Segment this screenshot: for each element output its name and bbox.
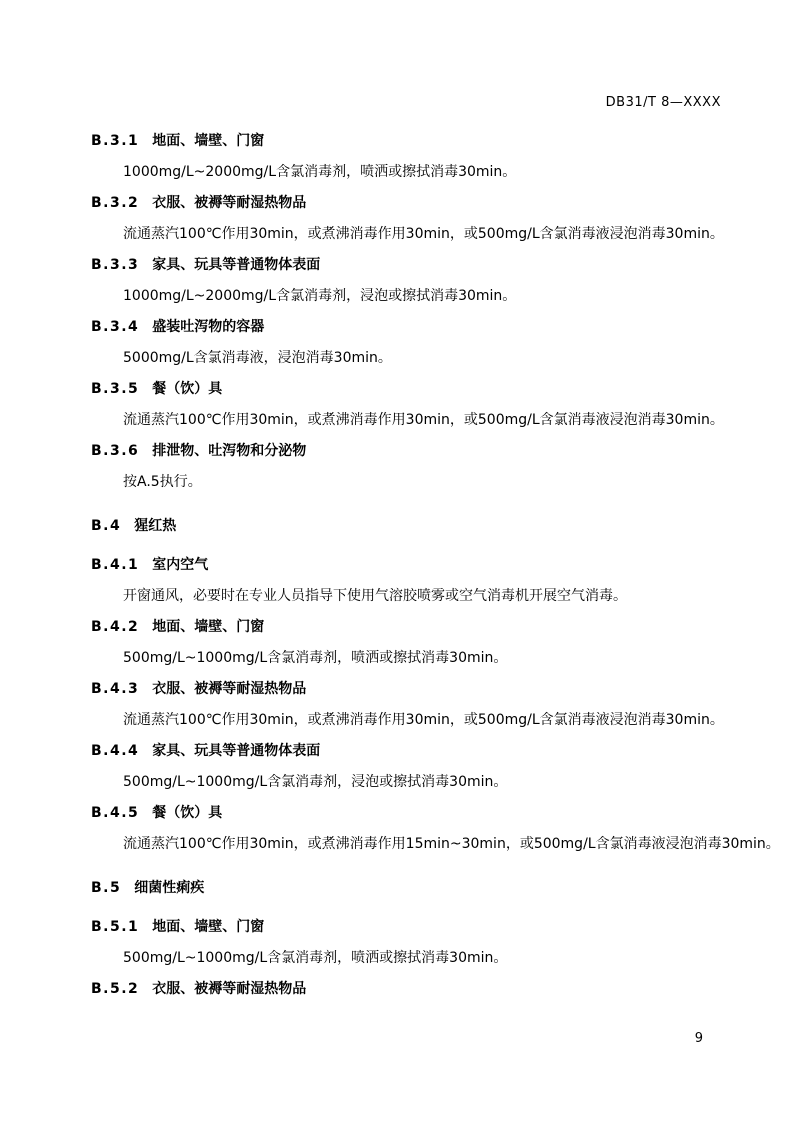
clause-heading: B.3.5餐（饮）具 xyxy=(91,381,751,397)
clause-paragraph: 1000mg/L~2000mg/L含氯消毒剂，喷洒或擦拭消毒30min。 xyxy=(91,164,751,180)
clause-paragraph: 流通蒸汽100℃作用30min，或煮沸消毒作用30min，或500mg/L含氯消… xyxy=(91,226,751,242)
clause-number: B.3.1 xyxy=(91,133,139,149)
clause-number: B.4.4 xyxy=(91,743,139,759)
clause-number: B.4 xyxy=(91,518,121,534)
document-standard-code: DB31/T 8—XXXX xyxy=(606,95,721,110)
clause-paragraph: 流通蒸汽100℃作用30min，或煮沸消毒作用30min，或500mg/L含氯消… xyxy=(91,712,751,728)
clause-heading: B.4.2地面、墙壁、门窗 xyxy=(91,619,751,635)
clause-heading: B.4.3衣服、被褥等耐湿热物品 xyxy=(91,681,751,697)
clause-title: 家具、玩具等普通物体表面 xyxy=(152,743,320,759)
clause-title: 盛装吐泻物的容器 xyxy=(152,319,264,335)
clause-paragraph: 5000mg/L含氯消毒液，浸泡消毒30min。 xyxy=(91,350,751,366)
clause-title: 室内空气 xyxy=(152,557,208,573)
clause-paragraph: 开窗通风，必要时在专业人员指导下使用气溶胶喷雾或空气消毒机开展空气消毒。 xyxy=(91,588,751,604)
clause-heading: B.4.4家具、玩具等普通物体表面 xyxy=(91,743,751,759)
clause-paragraph: 500mg/L~1000mg/L含氯消毒剂，浸泡或擦拭消毒30min。 xyxy=(91,774,751,790)
clause-paragraph: 流通蒸汽100℃作用30min，或煮沸消毒作用15min~30min，或500m… xyxy=(91,836,751,852)
clause-title: 家具、玩具等普通物体表面 xyxy=(152,257,320,273)
document-page: DB31/T 8—XXXX B.3.1地面、墙壁、门窗1000mg/L~2000… xyxy=(0,0,794,1123)
clause-title: 排泄物、吐泻物和分泌物 xyxy=(152,443,306,459)
clause-heading: B.3.4盛装吐泻物的容器 xyxy=(91,319,751,335)
clause-heading: B.3.2衣服、被褥等耐湿热物品 xyxy=(91,195,751,211)
clause-number: B.4.1 xyxy=(91,557,139,573)
clause-paragraph: 500mg/L~1000mg/L含氯消毒剂，喷洒或擦拭消毒30min。 xyxy=(91,650,751,666)
clause-paragraph: 流通蒸汽100℃作用30min，或煮沸消毒作用30min，或500mg/L含氯消… xyxy=(91,412,751,428)
clause-title: 衣服、被褥等耐湿热物品 xyxy=(152,681,306,697)
clause-heading: B.4.5餐（饮）具 xyxy=(91,805,751,821)
clause-title: 衣服、被褥等耐湿热物品 xyxy=(152,981,306,997)
clause-heading: B.5细菌性痢疾 xyxy=(91,880,751,896)
clause-number: B.3.2 xyxy=(91,195,139,211)
clause-paragraph: 按A.5执行。 xyxy=(91,474,751,490)
clause-heading: B.3.6排泄物、吐泻物和分泌物 xyxy=(91,443,751,459)
clause-heading: B.5.2衣服、被褥等耐湿热物品 xyxy=(91,981,751,997)
clause-heading: B.4猩红热 xyxy=(91,518,751,534)
page-number: 9 xyxy=(695,1031,703,1046)
clause-title: 猩红热 xyxy=(134,518,176,534)
clause-number: B.3.5 xyxy=(91,381,139,397)
clause-number: B.3.3 xyxy=(91,257,139,273)
clause-heading: B.5.1地面、墙壁、门窗 xyxy=(91,919,751,935)
clause-number: B.3.4 xyxy=(91,319,139,335)
clause-title: 地面、墙壁、门窗 xyxy=(152,919,264,935)
clause-heading: B.3.3家具、玩具等普通物体表面 xyxy=(91,257,751,273)
clause-number: B.5.1 xyxy=(91,919,139,935)
clause-number: B.4.2 xyxy=(91,619,139,635)
clause-title: 地面、墙壁、门窗 xyxy=(152,619,264,635)
clause-number: B.5.2 xyxy=(91,981,139,997)
clause-title: 地面、墙壁、门窗 xyxy=(152,133,264,149)
clause-paragraph: 1000mg/L~2000mg/L含氯消毒剂，浸泡或擦拭消毒30min。 xyxy=(91,288,751,304)
clause-title: 衣服、被褥等耐湿热物品 xyxy=(152,195,306,211)
clause-title: 餐（饮）具 xyxy=(152,805,222,821)
clause-number: B.5 xyxy=(91,880,121,896)
clause-title: 细菌性痢疾 xyxy=(134,880,204,896)
clause-number: B.3.6 xyxy=(91,443,139,459)
clause-number: B.4.3 xyxy=(91,681,139,697)
clause-heading: B.4.1室内空气 xyxy=(91,557,751,573)
clause-paragraph: 500mg/L~1000mg/L含氯消毒剂，喷洒或擦拭消毒30min。 xyxy=(91,950,751,966)
clause-heading: B.3.1地面、墙壁、门窗 xyxy=(91,133,751,149)
clause-title: 餐（饮）具 xyxy=(152,381,222,397)
document-content: B.3.1地面、墙壁、门窗1000mg/L~2000mg/L含氯消毒剂，喷洒或擦… xyxy=(91,133,751,1012)
clause-number: B.4.5 xyxy=(91,805,139,821)
